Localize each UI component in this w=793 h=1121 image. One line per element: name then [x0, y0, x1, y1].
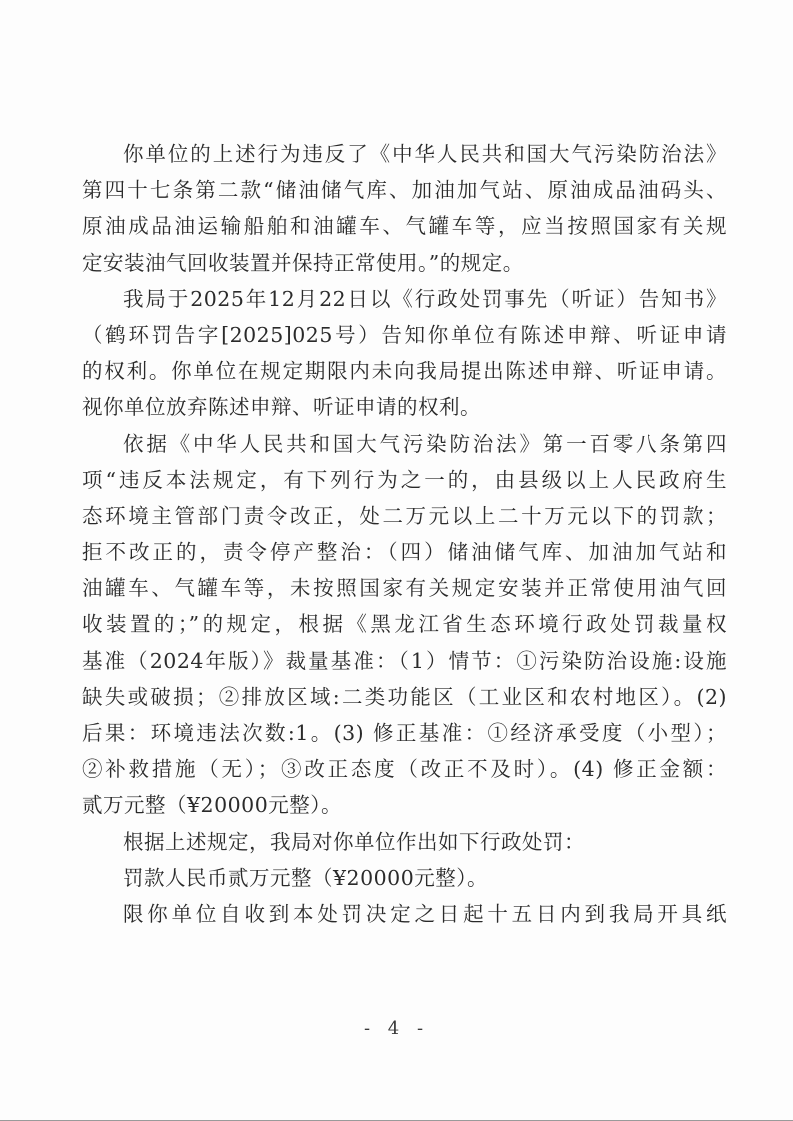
paragraph-line: （鹤环罚告字[2025]025号）告知你单位有陈述申辩、听证申请	[82, 317, 727, 353]
paragraph-line: 我局于2025年12月22日以《行政处罚事先（听证）告知书》	[82, 281, 727, 317]
paragraph-line: 油罐车、气罐车等，未按照国家有关规定安装并正常使用油气回	[82, 570, 727, 606]
paragraph-line: 后果：环境违法次数:1。(3) 修正基准：①经济承受度（小型）；	[82, 715, 727, 751]
paragraph-line: 依据《中华人民共和国大气污染防治法》第一百零八条第四	[82, 426, 727, 462]
paragraph-line: 的权利。你单位在规定期限内未向我局提出陈述申辩、听证申请。	[82, 353, 727, 389]
document-page: 你单位的上述行为违反了《中华人民共和国大气污染防治法》 第四十七条第二款“储油储…	[0, 0, 793, 1120]
paragraph-line: 限你单位自收到本处罚决定之日起十五日内到我局开具纸	[82, 896, 727, 932]
document-body: 你单位的上述行为违反了《中华人民共和国大气污染防治法》 第四十七条第二款“储油储…	[82, 136, 727, 932]
paragraph-line: 定安装油气回收装置并保持正常使用。”的规定。	[82, 245, 727, 281]
paragraph-line: 视你单位放弃陈述申辩、听证申请的权利。	[82, 389, 727, 425]
paragraph-line: 收装置的；”的规定，根据《黑龙江省生态环境行政处罚裁量权	[82, 606, 727, 642]
paragraph-line: 原油成品油运输船舶和油罐车、气罐车等，应当按照国家有关规	[82, 208, 727, 244]
paragraph-line: 基准（2024年版）》裁量基准：（1）情节：①污染防治设施:设施	[82, 643, 727, 679]
paragraph-line: 贰万元整（¥20000元整）。	[82, 787, 727, 823]
paragraph-line: ②补救措施（无）；③改正态度（改正不及时）。(4) 修正金额：	[82, 751, 727, 787]
page-number: - 4 -	[0, 1018, 793, 1039]
paragraph-line: 拒不改正的，责令停产整治：（四）储油储气库、加油加气站和	[82, 534, 727, 570]
paragraph-line: 态环境主管部门责令改正，处二万元以上二十万元以下的罚款；	[82, 498, 727, 534]
paragraph-line: 项“违反本法规定，有下列行为之一的，由县级以上人民政府生	[82, 462, 727, 498]
paragraph-line: 第四十七条第二款“储油储气库、加油加气站、原油成品油码头、	[82, 172, 727, 208]
penalty-line: 罚款人民币贰万元整（¥20000元整）。	[82, 860, 727, 896]
paragraph-line: 根据上述规定，我局对你单位作出如下行政处罚：	[82, 824, 727, 860]
paragraph-line: 你单位的上述行为违反了《中华人民共和国大气污染防治法》	[82, 136, 727, 172]
paragraph-line: 缺失或破损；②排放区域:二类功能区（工业区和农村地区）。(2)	[82, 679, 727, 715]
